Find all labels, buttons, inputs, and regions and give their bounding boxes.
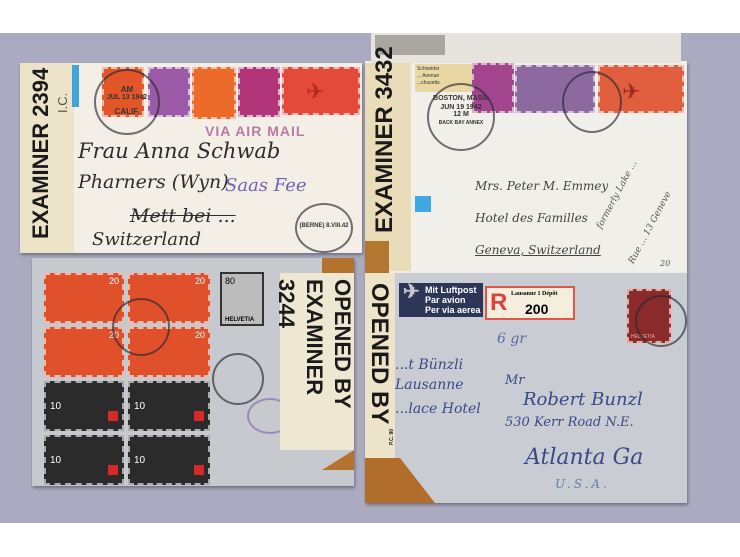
- cover-top-left: EXAMINER 2394 I.C. ✈ AM JUL 13 1942 CALI…: [20, 63, 362, 253]
- stamp-airmail-6c: ✈: [282, 67, 360, 115]
- sender-line-1: ...t Bünzli: [395, 357, 463, 373]
- stamp-value: 20: [109, 276, 119, 286]
- censor-tape: EXAMINER 3432: [365, 63, 411, 271]
- censor-initials: I.C.: [55, 93, 70, 113]
- stamp-10-2: 10: [128, 381, 210, 431]
- label-line: Per via aerea: [425, 305, 483, 315]
- postmark-station: BACK BAY ANNEX: [429, 120, 493, 126]
- postmark-2: [212, 353, 264, 405]
- postmark-city: BOSTON, MASS.: [429, 95, 493, 102]
- stamp-value: 10: [134, 401, 145, 412]
- censor-text: EXAMINER 2394: [28, 68, 54, 239]
- blue-tab: [415, 196, 431, 212]
- address-line-4: Atlanta Ga: [525, 445, 643, 470]
- return-line: ... Avenue: [417, 73, 471, 80]
- flap-brown: [365, 458, 435, 503]
- return-line: Schneider: [417, 66, 471, 73]
- censor-tape: EXAMINER 2394 I.C.: [20, 63, 74, 253]
- stamp-value: 10: [50, 401, 61, 412]
- address-line-4: Switzerland: [92, 229, 201, 250]
- stamp-value: 20: [195, 276, 205, 286]
- airmail-label: ✈ Mit Luftpost Par avion Per via aerea: [399, 283, 483, 317]
- address-line-1: Mr: [505, 373, 525, 388]
- postmark-boston-2: [562, 71, 622, 133]
- postmark-state: CALIF.: [96, 107, 158, 116]
- tape-end: [365, 241, 389, 273]
- address-line-2: Robert Bunzl: [523, 389, 643, 410]
- postmark-time: 12 M: [429, 111, 493, 118]
- address-line-2: Pharners (Wyn): [78, 171, 229, 193]
- pencil-note: 6 gr: [497, 331, 526, 347]
- address-line-3: Geneva, Switzerland: [475, 243, 601, 257]
- censor-tape-partial: OPENED BY P.C. 90: [365, 273, 395, 458]
- blue-tab: [72, 65, 79, 107]
- stamp-10-3: 10: [44, 435, 124, 485]
- registration-number: 200: [525, 301, 548, 317]
- postmark-lausanne: [635, 295, 687, 347]
- stamp-value: 10: [134, 455, 145, 466]
- label-line: Par avion: [425, 295, 483, 305]
- postmark-time: AM: [96, 85, 158, 94]
- side-note-1: formerly Lake ...: [595, 159, 639, 230]
- cover-bottom-right: OPENED BY P.C. 90 ✈ Mit Luftpost Par avi…: [365, 273, 687, 503]
- stamp-80: 80 HELVETIA: [220, 272, 264, 326]
- censor-text: OPENED BY: [365, 283, 393, 424]
- address-line-1: Frau Anna Schwab: [78, 139, 280, 163]
- registration-letter: R: [490, 289, 507, 317]
- censor-text: EXAMINER 3432: [371, 46, 399, 233]
- tape-initials: P.C. 90: [389, 429, 395, 445]
- postmark-fribourg: [112, 298, 170, 356]
- corner-note: 20: [660, 259, 670, 268]
- address-line-3: 530 Kerr Road N.E.: [505, 415, 634, 430]
- address-line-1: Mrs. Peter M. Emmey: [475, 179, 608, 193]
- forwarding-note: Saas Fee: [225, 175, 307, 196]
- censor-tape: OPENED BY EXAMINER 3244: [280, 273, 354, 450]
- postmark-berne: (BERNE) 8.VIII.42: [295, 203, 353, 253]
- stamp-20-1: 20: [44, 273, 124, 323]
- censor-text: OPENED BY EXAMINER 3244: [272, 279, 356, 449]
- transit-date: (BERNE) 8.VIII.42: [299, 223, 348, 229]
- postmark-glen-ellen: AM JUL 13 1942 CALIF.: [94, 69, 160, 135]
- stamp-value: 80: [225, 276, 235, 286]
- label-line: Mit Luftpost: [425, 285, 483, 295]
- tape-end-brown-2: [322, 450, 354, 470]
- cover-bottom-left: 20 20 20 20 10 10 10 10 80 HELVETIA OPEN…: [32, 258, 354, 486]
- sender-line-3: ...lace Hotel: [395, 401, 481, 417]
- side-note-2: Rue ... 13 Geneve: [627, 190, 674, 266]
- stamp-4c: [238, 67, 280, 117]
- stamp-value: 20: [195, 330, 205, 340]
- address-line-3: Mett bei ...: [130, 205, 236, 227]
- cover-top-right: EXAMINER 3432 Schneider ... Avenue ...ch…: [365, 61, 687, 273]
- via-air-mail: VIA AIR MAIL: [205, 123, 305, 139]
- stamp-10-1: 10: [44, 381, 124, 431]
- stamp-value: 10: [50, 455, 61, 466]
- address-line-2: Hotel des Familles: [475, 211, 588, 225]
- postmark-date: JUN 19 1942: [429, 104, 493, 111]
- postmark-boston: BOSTON, MASS. JUN 19 1942 12 M BACK BAY …: [427, 83, 495, 151]
- registration-office: Lausanne 1 Dépôt: [511, 291, 557, 297]
- sender-line-2: Lausanne: [395, 377, 464, 393]
- stamp-6c: [192, 67, 236, 119]
- postmark-date: JUL 13 1942: [96, 94, 158, 101]
- stamp-inscription: HELVETIA: [225, 317, 254, 323]
- photo: EXAMINER 3432 Schneider ... Avenue ...ch…: [0, 33, 740, 523]
- registration-label: R Lausanne 1 Dépôt 200: [485, 286, 575, 320]
- stamp-10-4: 10: [128, 435, 210, 485]
- address-line-5: U.S.A.: [555, 477, 610, 491]
- plane-icon: ✈: [403, 287, 420, 297]
- tape-end-brown: [322, 258, 354, 273]
